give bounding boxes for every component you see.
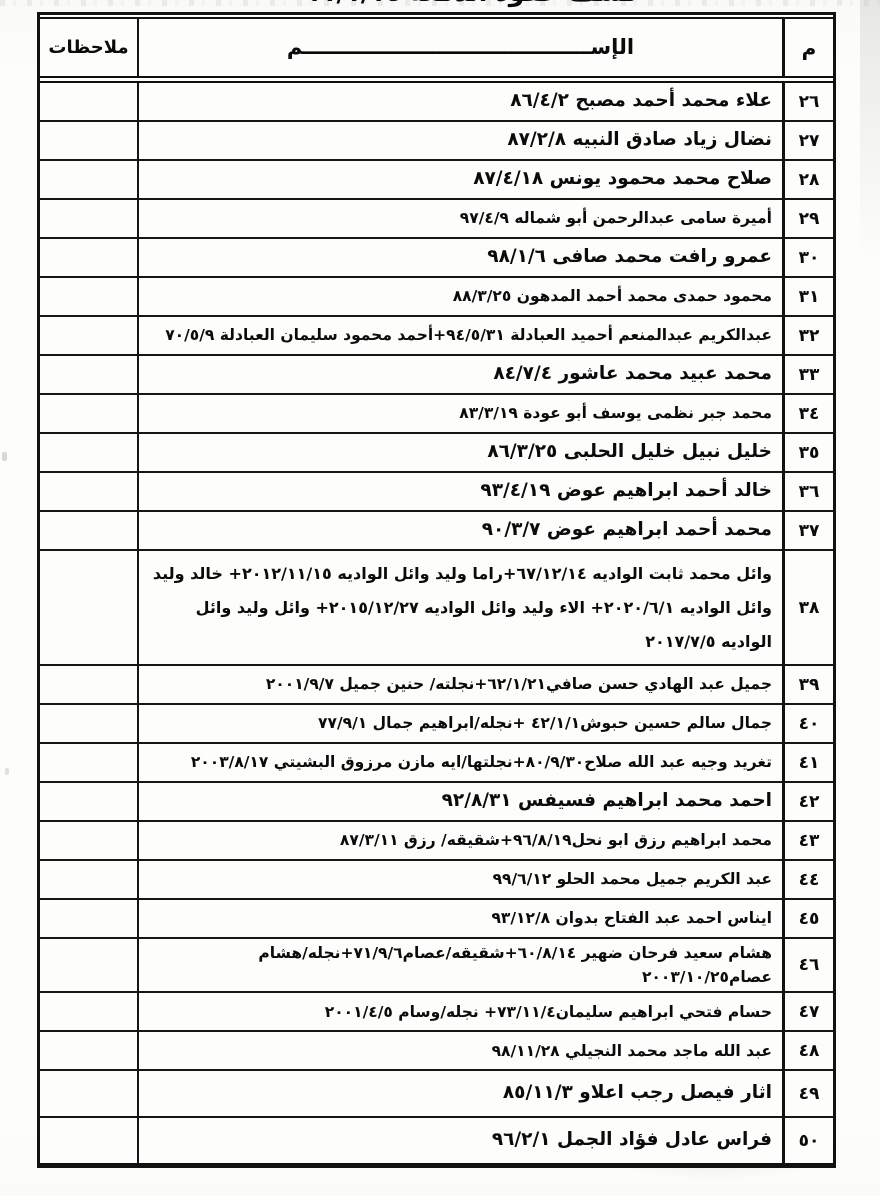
row-notes xyxy=(40,434,139,471)
row-notes xyxy=(40,551,139,664)
row-notes xyxy=(40,822,139,859)
row-number: ٤٢ xyxy=(782,783,833,820)
table-row: ٤٤عبد الكريم جميل محمد الحلو ٩٩/٦/١٢ xyxy=(40,861,833,900)
row-number: ٤٩ xyxy=(782,1071,833,1116)
scan-speck xyxy=(2,452,7,461)
row-name: محمد عبيد محمد عاشور ٨٤/٧/٤ xyxy=(139,356,782,393)
row-notes xyxy=(40,83,139,120)
row-name: خليل نبيل خليل الحلبى ٨٦/٣/٢٥ xyxy=(139,434,782,471)
row-name: ايناس احمد عبد الفتاح بدوان ٩٣/١٢/٨ xyxy=(139,900,782,937)
row-name: عبدالكريم عبدالمنعم أحميد العبادلة ٩٤/٥/… xyxy=(139,317,782,354)
table-row: ٢٧نضال زياد صادق النبيه ٨٧/٢/٨ xyxy=(40,122,833,161)
scan-speck xyxy=(5,768,9,775)
row-number: ٢٦ xyxy=(782,83,833,120)
scanned-document-page: كشف عقود الدفعة ١١/١/١٤ م الإســــــــــ… xyxy=(0,0,880,1196)
row-notes xyxy=(40,356,139,393)
row-number: ٣٩ xyxy=(782,666,833,703)
row-number: ٤٨ xyxy=(782,1032,833,1069)
row-notes xyxy=(40,666,139,703)
table-row: ٣١محمود حمدى محمد أحمد المدهون ٨٨/٣/٢٥ xyxy=(40,278,833,317)
row-name: علاء محمد أحمد مصبح ٨٦/٤/٢ xyxy=(139,83,782,120)
row-notes xyxy=(40,1071,139,1116)
table-row: ٣٠عمرو رافت محمد صافى ٩٨/١/٦ xyxy=(40,239,833,278)
row-number: ٢٨ xyxy=(782,161,833,198)
row-name: محمود حمدى محمد أحمد المدهون ٨٨/٣/٢٥ xyxy=(139,278,782,315)
row-number: ٥٠ xyxy=(782,1118,833,1163)
row-notes xyxy=(40,783,139,820)
row-number: ٣٦ xyxy=(782,473,833,510)
cropped-page-title: كشف عقود الدفعة ١١/١/١٤ xyxy=(238,0,638,10)
table-row: ٤٩اثار فيصل رجب اعلاو ٨٥/١١/٣ xyxy=(40,1071,833,1118)
table-row: ٣٦خالد أحمد ابراهيم عوض ٩٣/٤/١٩ xyxy=(40,473,833,512)
row-notes xyxy=(40,239,139,276)
table-row: ٤٣محمد ابراهيم رزق ابو نحل٩٦/٨/١٩+شقيقه/… xyxy=(40,822,833,861)
table-row: ٤٧حسام فتحي ابراهيم سليمان٧٣/١١/٤+ نجله/… xyxy=(40,993,833,1032)
row-notes xyxy=(40,939,139,991)
row-name: تغريد وجيه عبد الله صلاح٨٠/٩/٣٠+نجلتها/ا… xyxy=(139,744,782,781)
row-name: احمد محمد ابراهيم فسيفس ٩٢/٨/٣١ xyxy=(139,783,782,820)
header-notes-column: ملاحظات xyxy=(40,19,139,76)
row-notes xyxy=(40,278,139,315)
row-notes xyxy=(40,473,139,510)
row-name: خالد أحمد ابراهيم عوض ٩٣/٤/١٩ xyxy=(139,473,782,510)
table-header-row: م الإســــــــــــــــــــــــــــــــــ… xyxy=(40,17,833,83)
row-number: ٢٧ xyxy=(782,122,833,159)
table-row: ٣٧محمد أحمد ابراهيم عوض ٩٠/٣/٧ xyxy=(40,512,833,551)
table-row: ٢٩أميرة سامى عبدالرحمن أبو شماله ٩٧/٤/٩ xyxy=(40,200,833,239)
row-notes xyxy=(40,1118,139,1163)
table-row: ٤٨عبد الله ماجد محمد النجيلي ٩٨/١١/٢٨ xyxy=(40,1032,833,1071)
row-name: جميل عبد الهادي حسن صافي٦٢/١/٢١+نجلته/ ح… xyxy=(139,666,782,703)
row-notes xyxy=(40,1032,139,1069)
row-notes xyxy=(40,900,139,937)
table-row: ٥٠فراس عادل فؤاد الجمل ٩٦/٢/١ xyxy=(40,1118,833,1163)
row-number: ٣٥ xyxy=(782,434,833,471)
row-notes xyxy=(40,395,139,432)
row-name: حسام فتحي ابراهيم سليمان٧٣/١١/٤+ نجله/وس… xyxy=(139,993,782,1030)
row-name: محمد أحمد ابراهيم عوض ٩٠/٣/٧ xyxy=(139,512,782,549)
row-name: نضال زياد صادق النبيه ٨٧/٢/٨ xyxy=(139,122,782,159)
row-name: أميرة سامى عبدالرحمن أبو شماله ٩٧/٤/٩ xyxy=(139,200,782,237)
row-number: ٤٦ xyxy=(782,939,833,991)
table-body: ٢٦علاء محمد أحمد مصبح ٨٦/٤/٢٢٧نضال زياد … xyxy=(40,83,833,1163)
row-notes xyxy=(40,705,139,742)
row-notes xyxy=(40,861,139,898)
row-number: ٣٠ xyxy=(782,239,833,276)
row-notes xyxy=(40,744,139,781)
table-row: ٣٤محمد جبر نظمى يوسف أبو عودة ٨٣/٣/١٩ xyxy=(40,395,833,434)
header-number-column: م xyxy=(782,19,833,76)
table-row: ٣٩جميل عبد الهادي حسن صافي٦٢/١/٢١+نجلته/… xyxy=(40,666,833,705)
row-number: ٢٩ xyxy=(782,200,833,237)
row-name: اثار فيصل رجب اعلاو ٨٥/١١/٣ xyxy=(139,1071,782,1116)
table-row: ٣٨وائل محمد ثابت الواديه ٦٧/١٢/١٤+راما و… xyxy=(40,551,833,666)
row-number: ٣٤ xyxy=(782,395,833,432)
row-number: ٣٨ xyxy=(782,551,833,664)
table-row: ٤٢احمد محمد ابراهيم فسيفس ٩٢/٨/٣١ xyxy=(40,783,833,822)
table-row: ٤٦هشام سعيد فرحان ضهير ٦٠/٨/١٤+شقيقه/عصا… xyxy=(40,939,833,993)
row-number: ٤٤ xyxy=(782,861,833,898)
row-number: ٤١ xyxy=(782,744,833,781)
row-number: ٣١ xyxy=(782,278,833,315)
header-name-column: الإســــــــــــــــــــــــــــــــــــ… xyxy=(139,19,782,76)
row-notes xyxy=(40,122,139,159)
table-row: ٤٠جمال سالم حسين حبوش٤٢/١/١ +نجله/ابراهي… xyxy=(40,705,833,744)
cropped-page-title-text: كشف عقود الدفعة ١١/١/١٤ xyxy=(238,0,638,8)
table-row: ٣٥خليل نبيل خليل الحلبى ٨٦/٣/٢٥ xyxy=(40,434,833,473)
row-name: فراس عادل فؤاد الجمل ٩٦/٢/١ xyxy=(139,1118,782,1163)
row-notes xyxy=(40,200,139,237)
row-number: ٤٠ xyxy=(782,705,833,742)
row-name: هشام سعيد فرحان ضهير ٦٠/٨/١٤+شقيقه/عصام٧… xyxy=(139,939,782,991)
row-number: ٣٧ xyxy=(782,512,833,549)
row-number: ٤٧ xyxy=(782,993,833,1030)
row-notes xyxy=(40,161,139,198)
row-notes xyxy=(40,993,139,1030)
scan-edge-shadow xyxy=(860,0,880,260)
table-row: ٢٦علاء محمد أحمد مصبح ٨٦/٤/٢ xyxy=(40,83,833,122)
table-row: ٤٥ايناس احمد عبد الفتاح بدوان ٩٣/١٢/٨ xyxy=(40,900,833,939)
row-name: محمد جبر نظمى يوسف أبو عودة ٨٣/٣/١٩ xyxy=(139,395,782,432)
row-notes xyxy=(40,512,139,549)
table-row: ٣٢عبدالكريم عبدالمنعم أحميد العبادلة ٩٤/… xyxy=(40,317,833,356)
row-name: جمال سالم حسين حبوش٤٢/١/١ +نجله/ابراهيم … xyxy=(139,705,782,742)
row-name: وائل محمد ثابت الواديه ٦٧/١٢/١٤+راما ولي… xyxy=(139,551,782,664)
table-row: ٢٨صلاح محمد محمود يونس ٨٧/٤/١٨ xyxy=(40,161,833,200)
row-name: عبد الكريم جميل محمد الحلو ٩٩/٦/١٢ xyxy=(139,861,782,898)
row-notes xyxy=(40,317,139,354)
table-row: ٣٣محمد عبيد محمد عاشور ٨٤/٧/٤ xyxy=(40,356,833,395)
names-table: م الإســــــــــــــــــــــــــــــــــ… xyxy=(37,12,836,1168)
row-name: محمد ابراهيم رزق ابو نحل٩٦/٨/١٩+شقيقه/ ر… xyxy=(139,822,782,859)
row-name: عمرو رافت محمد صافى ٩٨/١/٦ xyxy=(139,239,782,276)
row-number: ٤٣ xyxy=(782,822,833,859)
row-name: صلاح محمد محمود يونس ٨٧/٤/١٨ xyxy=(139,161,782,198)
row-number: ٣٢ xyxy=(782,317,833,354)
row-name: عبد الله ماجد محمد النجيلي ٩٨/١١/٢٨ xyxy=(139,1032,782,1069)
row-number: ٤٥ xyxy=(782,900,833,937)
row-number: ٣٣ xyxy=(782,356,833,393)
table-row: ٤١تغريد وجيه عبد الله صلاح٨٠/٩/٣٠+نجلتها… xyxy=(40,744,833,783)
